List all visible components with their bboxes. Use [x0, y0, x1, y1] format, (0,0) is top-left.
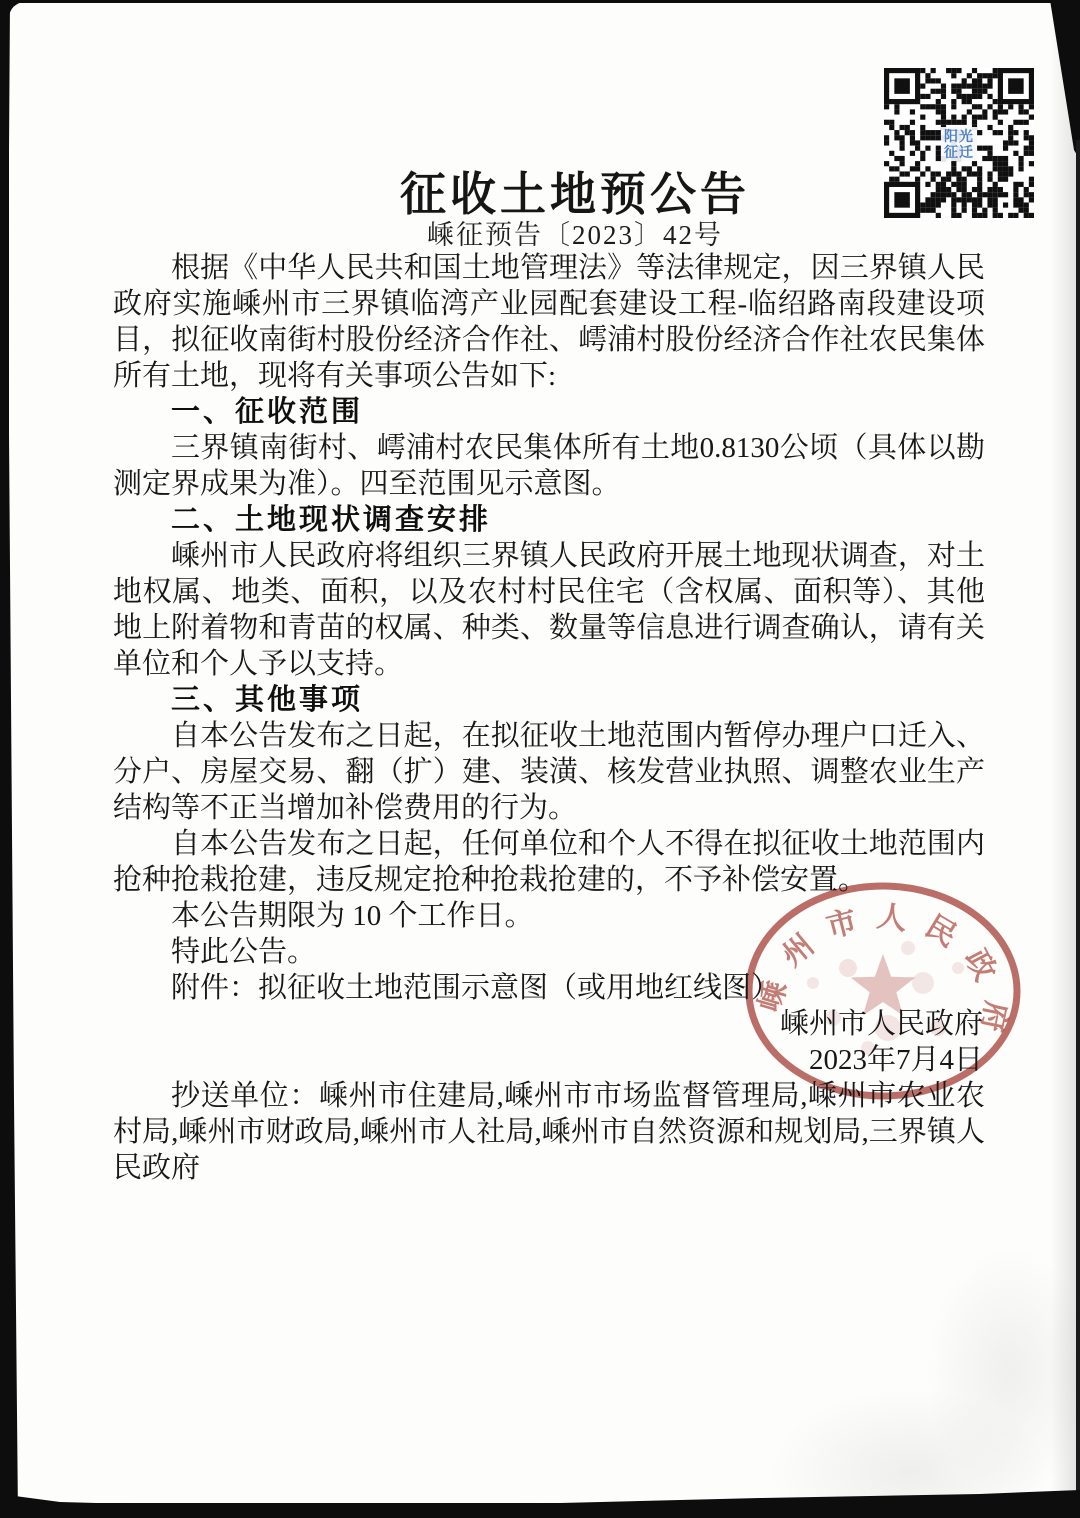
- signature-block: 嵊州市人民政府 2023年7月4日: [113, 1006, 985, 1078]
- paragraph: 嵊州市人民政府将组织三界镇人民政府开展土地现状调查，对土地权属、地类、面积，以及…: [113, 538, 985, 682]
- qr-label-line2: 征迁: [944, 144, 974, 160]
- scanned-document: { "document": { "title": "征收土地预公告", "doc…: [0, 0, 1080, 1518]
- paragraph-list: 根据《中华人民共和国土地管理法》等法律规定，因三界镇人民政府实施嵊州市三界镇临湾…: [113, 250, 985, 1006]
- qr-center-label: 阳光 征迁: [941, 127, 977, 161]
- paragraph: 三界镇南街村、嶀浦村农民集体所有土地0.8130公顷（具体以勘测定界成果为准）。…: [113, 430, 985, 502]
- paragraph: 附件：拟征收土地范围示意图（或用地红线图）: [113, 970, 985, 1006]
- paragraph: 特此公告。: [113, 934, 985, 970]
- signature-org: 嵊州市人民政府: [113, 1006, 983, 1042]
- paragraph: 本公告期限为 10 个工作日。: [113, 898, 985, 934]
- document-body: 根据《中华人民共和国土地管理法》等法律规定，因三界镇人民政府实施嵊州市三界镇临湾…: [113, 250, 985, 1186]
- section-heading: 一、征收范围: [113, 394, 985, 430]
- section-heading: 二、土地现状调查安排: [113, 502, 985, 538]
- signature-date: 2023年7月4日: [113, 1042, 983, 1078]
- qr-code: 阳光 征迁: [884, 68, 1034, 220]
- paragraph: 自本公告发布之日起，任何单位和个人不得在拟征收土地范围内抢种抢栽抢建，违反规定抢…: [113, 826, 985, 898]
- paragraph: 根据《中华人民共和国土地管理法》等法律规定，因三界镇人民政府实施嵊州市三界镇临湾…: [113, 250, 985, 394]
- paragraph: 自本公告发布之日起，在拟征收土地范围内暂停办理户口迁入、分户、房屋交易、翻（扩）…: [113, 718, 985, 826]
- section-heading: 三、其他事项: [113, 682, 985, 718]
- qr-label-line1: 阳光: [944, 128, 974, 144]
- cc-paragraph: 抄送单位：嵊州市住建局,嵊州市市场监督管理局,嵊州市农业农村局,嵊州市财政局,嵊…: [113, 1078, 985, 1186]
